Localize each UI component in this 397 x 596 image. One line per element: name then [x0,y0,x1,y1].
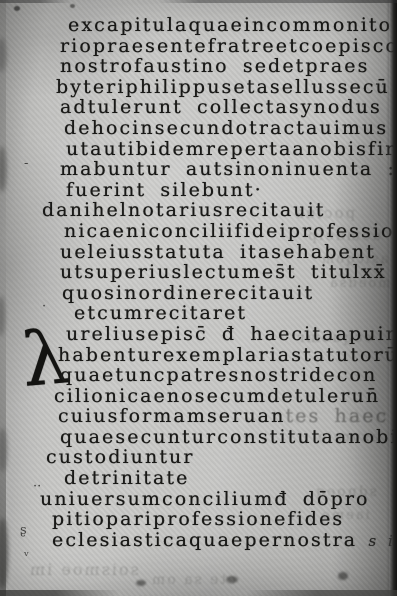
text-line: adtulerunt collectasynodus [60,97,397,118]
stain [14,6,20,11]
text-line-tail: tes haec [285,405,388,427]
text-line: quaesecunturconstitutaanobis [60,427,397,448]
text-line: mabuntur autsinoninuenta :( [60,159,397,180]
stain [338,572,348,580]
page-edge-top [0,0,397,3]
text-block: excapitulaquaeincommonitoriopraesentefra… [0,15,397,550]
text-line: ueleiusstatuta itasehabent [60,242,397,263]
text-line: riopraesentefratreetcoepisco [60,36,397,57]
text-line-tail: s ilu [357,532,397,550]
text-line: etcumrecitaret [74,303,397,324]
text-line: byteriphilippusetasellussecū [56,77,397,98]
text-line: pitiopariprofessionefides [52,509,397,530]
text-line: cuiusformamseruantes haec [58,406,397,427]
text-line: uniuersumconciliumđ dōpro [40,489,397,510]
text-line: danihelnotariusrecitauit [42,200,397,221]
text-line: nostrofaustino sedetpraes [60,56,397,77]
text-line: excapitulaquaeincommonito [68,15,397,36]
text-line: fuerint silebunt· [66,180,397,201]
text-line: utautibidemrepertaanobisfir [66,139,397,160]
text-line: custodiuntur [46,447,397,468]
stain [226,576,238,583]
stain [70,4,75,8]
text-line: nicaeniconciliifideiprofessio [64,221,397,242]
text-line: dehocinsecundotractauimus [64,118,397,139]
text-line: ureliusepisc̄ đ haecitaapuinos [66,324,397,345]
text-line: eclesiasticaquaepernostra s ilu [52,530,397,551]
text-line: utsuperiuslectumes̄t titulxx̄ [60,262,397,283]
bleedthrough-text: cte sa om [150,572,236,588]
manuscript-photo: pociusuomdeipasicqommoedsaecquomrasureio… [0,0,397,596]
stain [136,580,146,586]
text-line: habenturexemplariastatutorū [58,345,397,366]
page-edge-bottom [0,590,397,596]
text-line: detrinitate [64,468,397,489]
text-line: quosinordinerecitauit [62,283,397,304]
text-line: quaetuncpatresnostridecon [60,365,397,386]
bleedthrough-text: soismoe im [28,560,139,579]
text-line: cilionicaenosecumdetulerun̄ [54,386,397,407]
